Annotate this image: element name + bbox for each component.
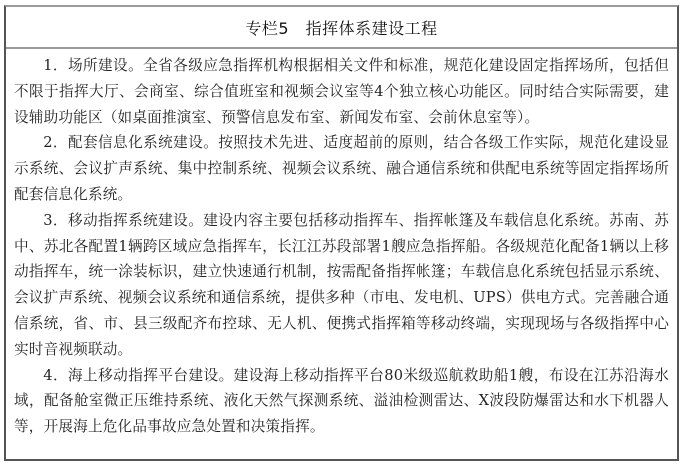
paragraph-maritime-platform: 4．海上移动指挥平台建设。建设海上移动指挥平台80米级巡航救助船1艘，布设在江苏… — [14, 363, 669, 440]
column-body: 1．场所建设。全省各级应急指挥机构根据相关文件和标准，规范化建设固定指挥场所，包… — [6, 49, 677, 440]
title-row: 专栏5 指挥体系建设工程 — [6, 7, 677, 49]
paragraph-mobile-command: 3．移动指挥系统建设。建设内容主要包括移动指挥车、指挥帐篷及车载信息化系统。苏南… — [14, 208, 669, 363]
column-box: 专栏5 指挥体系建设工程 1．场所建设。全省各级应急指挥机构根据相关文件和标准，… — [4, 5, 679, 461]
paragraph-it-systems: 2．配套信息化系统建设。按照技术先进、适度超前的原则，结合各级工作实际，规范化建… — [14, 130, 669, 207]
column-title: 专栏5 指挥体系建设工程 — [245, 16, 437, 39]
paragraph-site-construction: 1．场所建设。全省各级应急指挥机构根据相关文件和标准，规范化建设固定指挥场所，包… — [14, 53, 669, 130]
